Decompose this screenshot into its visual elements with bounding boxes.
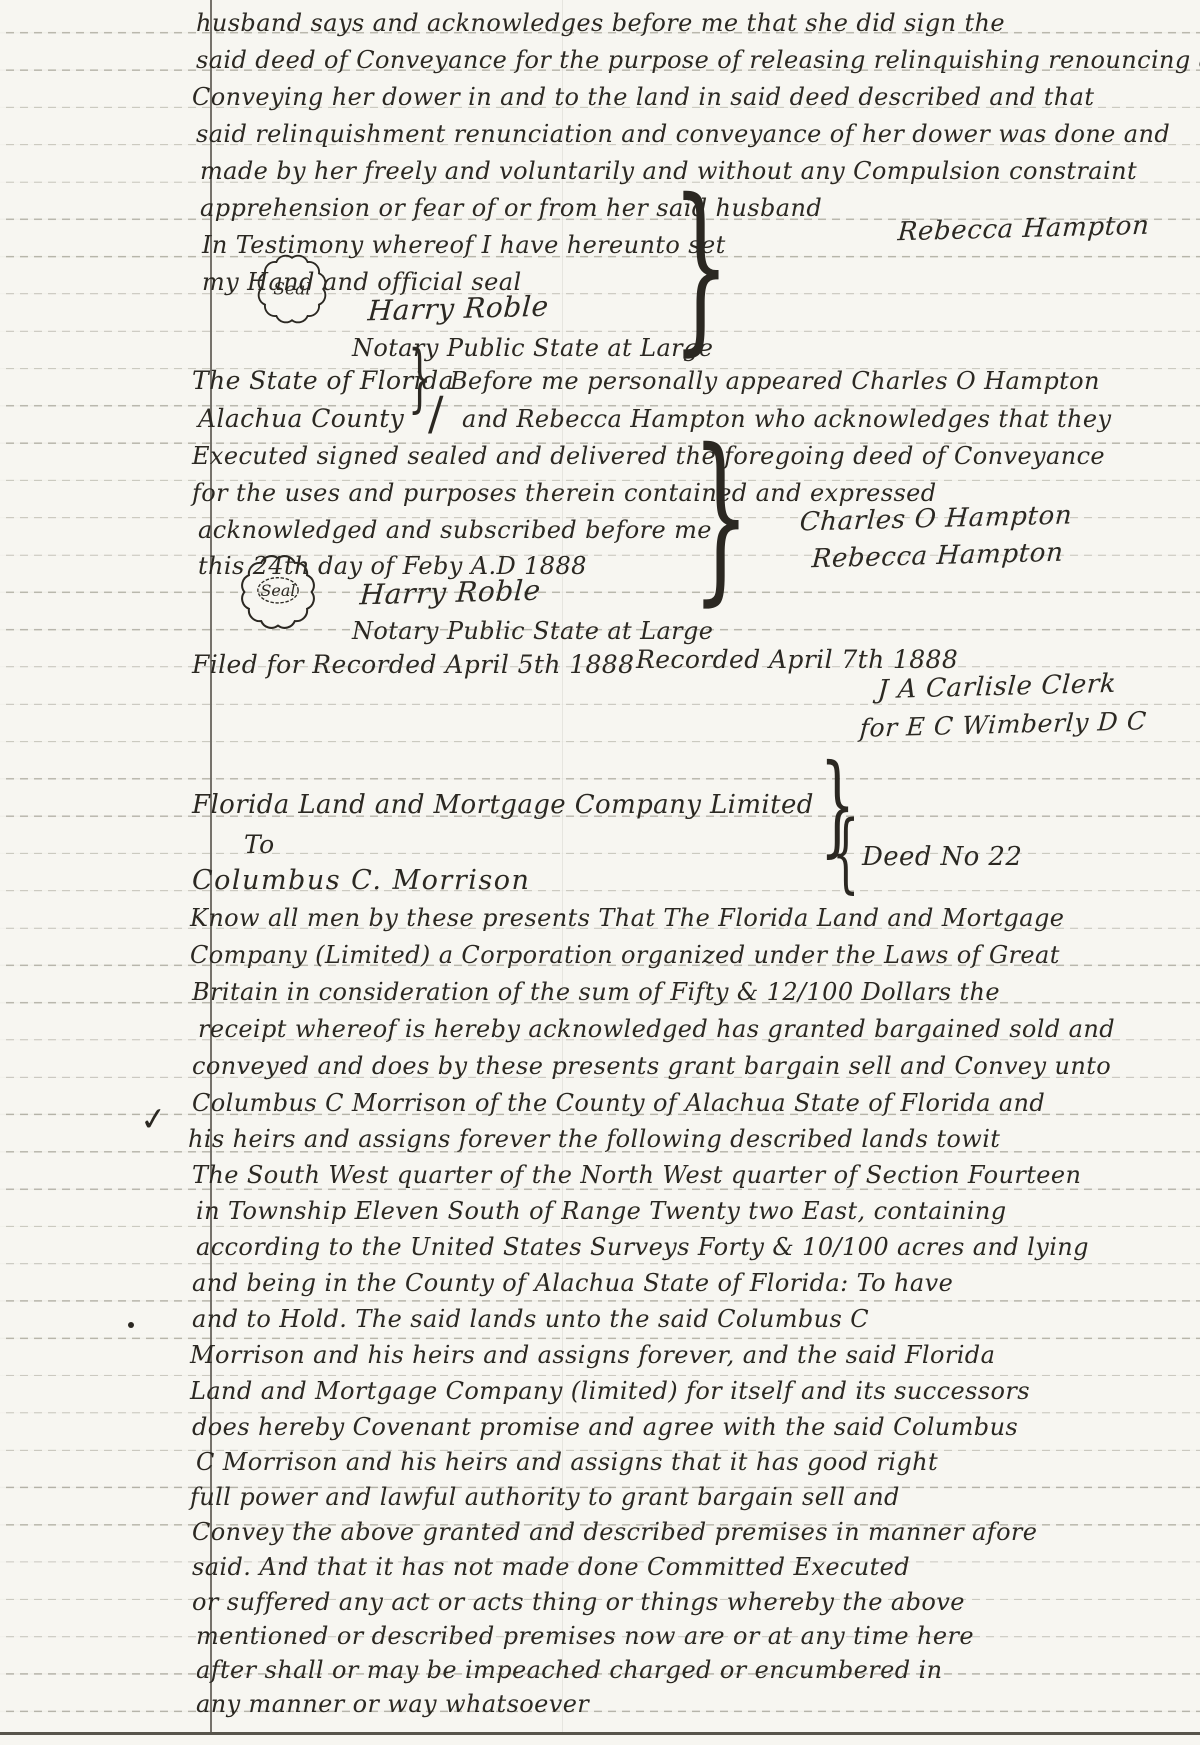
- signature-rebecca-hampton: Rebecca Hampton: [897, 211, 1151, 248]
- deed-body-line: does hereby Covenant promise and agree w…: [192, 1412, 1018, 1442]
- brace-glyph: }: [672, 196, 730, 338]
- signature-notary: Harry Roble: [359, 574, 542, 612]
- filed-note: Filed for Recorded April 5th 1888: [192, 650, 634, 680]
- signature-deputy-clerk: for E C Wimberly D C: [859, 706, 1148, 742]
- brace-glyph: {: [832, 820, 859, 887]
- deed-body-line: The South West quarter of the North West…: [192, 1160, 1081, 1190]
- deed-body-line: Britain in consideration of the sum of F…: [192, 977, 1000, 1007]
- handwriting-line: for the uses and purposes therein contai…: [192, 478, 937, 508]
- notary-title: Notary Public State at Large: [352, 616, 713, 646]
- deed-body-line: after shall or may be impeached charged …: [196, 1655, 942, 1685]
- handwriting-line: Conveying her dower in and to the land i…: [192, 82, 1094, 112]
- recorded-note: Recorded April 7th 1888: [636, 645, 958, 675]
- deed-body-line: Morrison and his heirs and assigns forev…: [190, 1340, 995, 1370]
- notary-seal: Seal: [244, 250, 340, 328]
- handwriting-line: said relinquishment renunciation and con…: [196, 119, 1170, 149]
- brace-glyph: }: [692, 446, 750, 588]
- handwriting-line: husband says and acknowledges before me …: [196, 8, 1005, 38]
- seal-label: Seal: [273, 279, 311, 299]
- margin-dot: [128, 1322, 134, 1328]
- grantor-name: Florida Land and Mortgage Company Limite…: [192, 790, 814, 820]
- handwriting-line: made by her freely and voluntarily and w…: [200, 156, 1137, 186]
- subscribed-line: acknowledged and subscribed before me: [198, 515, 712, 545]
- notary-seal: Seal: [226, 550, 330, 634]
- handwriting-line: said deed of Conveyance for the purpose …: [196, 45, 1200, 75]
- deed-body-line: said. And that it has not made done Comm…: [192, 1552, 910, 1582]
- signature-rebecca-hampton: Rebecca Hampton: [811, 538, 1065, 575]
- handwriting-line: and Rebecca Hampton who acknowledges tha…: [462, 404, 1111, 434]
- deed-body-line: Know all men by these presents That The …: [190, 903, 1064, 933]
- notary-title: Notary Public State at Large: [352, 333, 713, 363]
- handwriting-line: Executed signed sealed and delivered the…: [192, 441, 1105, 471]
- page-bottom-rule: [0, 1732, 1200, 1735]
- deed-number: Deed No 22: [862, 842, 1022, 872]
- deed-body-line: according to the United States Surveys F…: [196, 1232, 1089, 1262]
- deed-body-line: his heirs and assigns forever the follow…: [188, 1124, 1000, 1154]
- deed-body-line: any manner or way whatsoever: [196, 1689, 589, 1719]
- deed-body-line: C Morrison and his heirs and assigns tha…: [196, 1447, 938, 1477]
- deed-body-line: Land and Mortgage Company (limited) for …: [190, 1376, 1030, 1406]
- signature-charles-hampton: Charles O Hampton: [799, 500, 1073, 537]
- deed-body-line: in Township Eleven South of Range Twenty…: [196, 1196, 1007, 1226]
- deed-body-line: Columbus C Morrison of the County of Ala…: [192, 1088, 1045, 1118]
- bar-glyph: /: [428, 390, 444, 436]
- deed-body-line: receipt whereof is hereby acknowledged h…: [198, 1014, 1115, 1044]
- deed-body-line: and being in the County of Alachua State…: [192, 1268, 953, 1298]
- seal-label: Seal: [261, 581, 296, 600]
- deed-body-line: full power and lawful authority to grant…: [190, 1482, 900, 1512]
- deed-body-line: Company (Limited) a Corporation organize…: [190, 940, 1060, 970]
- deed-body-line: conveyed and does by these presents gran…: [192, 1051, 1111, 1081]
- signature-notary: Harry Roble: [367, 290, 550, 328]
- venue-county: Alachua County: [198, 404, 404, 434]
- to-label: To: [244, 830, 275, 860]
- signature-clerk: J A Carlisle Clerk: [877, 669, 1117, 705]
- handwriting-line: Before me personally appeared Charles O …: [450, 366, 1100, 396]
- deed-body-line: or suffered any act or acts thing or thi…: [192, 1587, 965, 1617]
- deed-body-line: and to Hold. The said lands unto the sai…: [192, 1304, 869, 1334]
- deed-ledger-page: husband says and acknowledges before me …: [0, 0, 1200, 1745]
- margin-checkmark: ✓: [138, 1099, 169, 1140]
- grantee-name: Columbus C. Morrison: [192, 866, 530, 896]
- deed-body-line: Convey the above granted and described p…: [192, 1517, 1037, 1547]
- deed-body-line: mentioned or described premises now are …: [196, 1621, 974, 1651]
